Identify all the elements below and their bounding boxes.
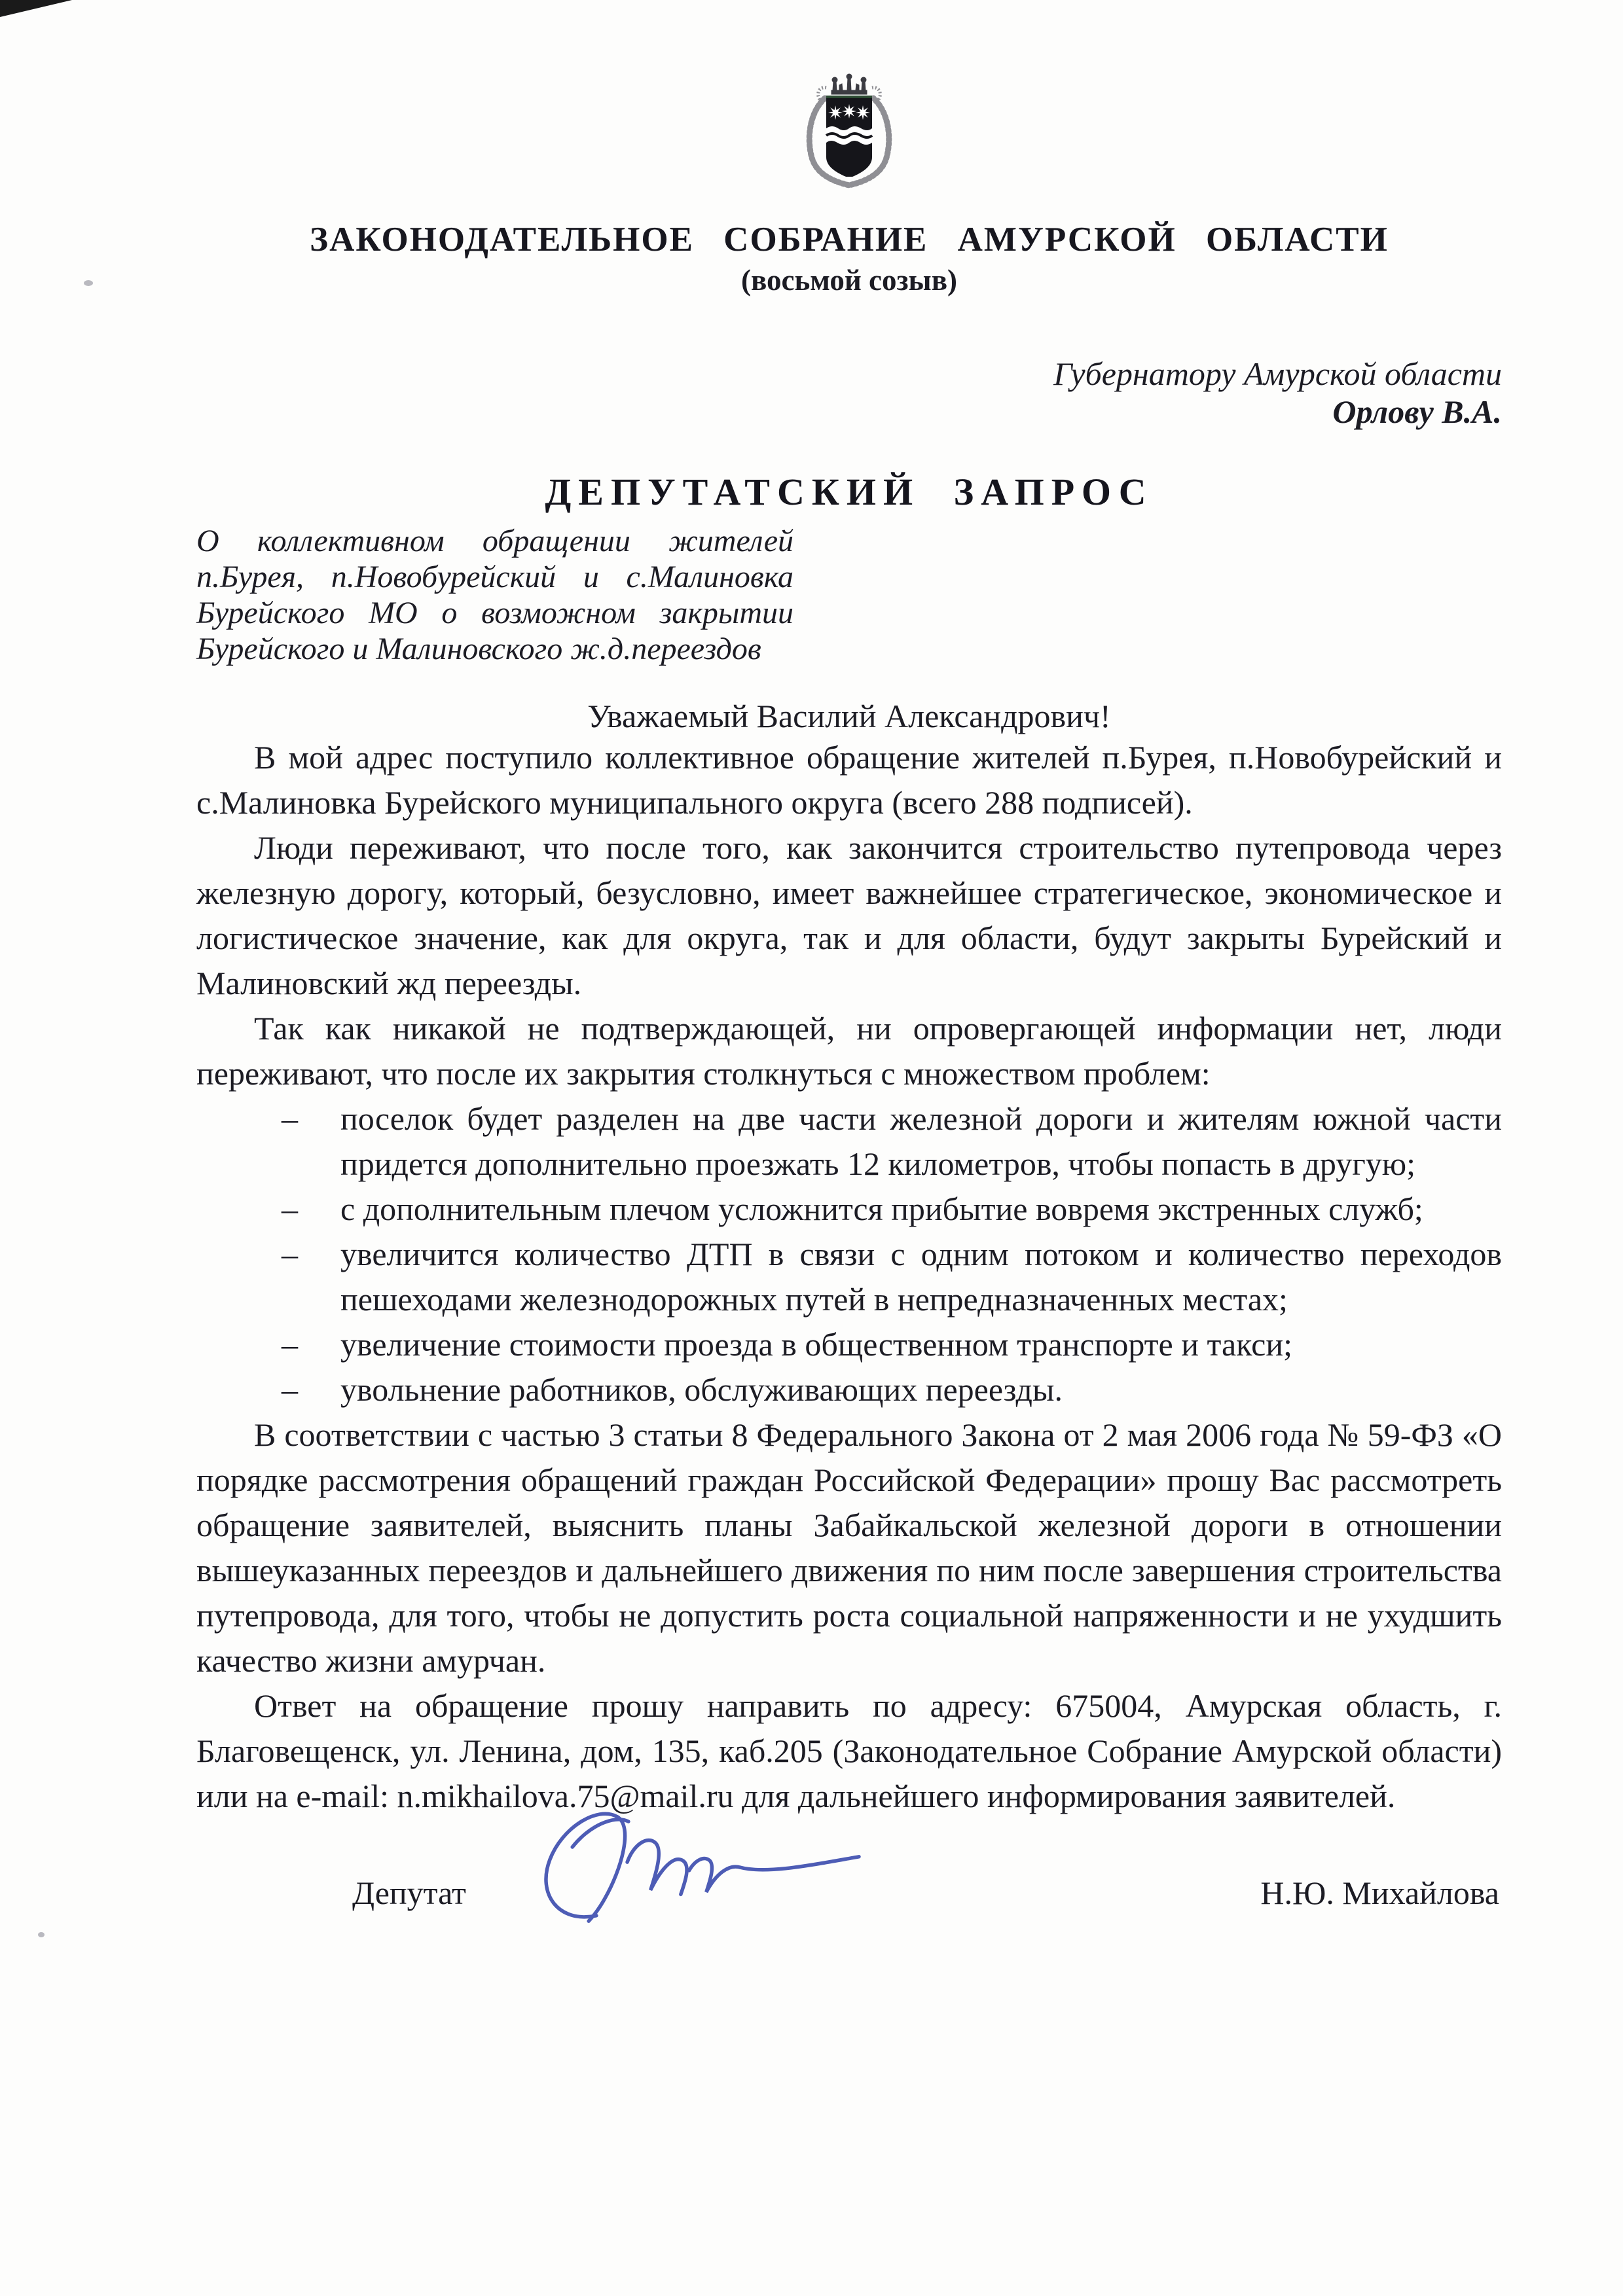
list-item: – увеличение стоимости проезда в обществ… <box>196 1322 1502 1367</box>
scan-speck <box>84 280 93 286</box>
body-paragraph: Люди переживают, что после того, как зак… <box>196 825 1502 1006</box>
scan-edge-artifact <box>0 0 72 17</box>
addressee-name: Орлову В.А. <box>196 393 1502 431</box>
signer-position: Депутат <box>352 1874 466 1912</box>
body-paragraph: В соответствии с частью 3 статьи 8 Федер… <box>196 1412 1502 1683</box>
letterhead: ЗАКОНОДАТЕЛЬНОЕ СОБРАНИЕ АМУРСКОЙ ОБЛАСТ… <box>196 73 1502 297</box>
addressee-block: Губернатору Амурской области Орлову В.А. <box>196 355 1502 431</box>
salutation: Уважаемый Василий Александрович! <box>196 697 1502 735</box>
amur-oblast-coat-of-arms-icon <box>800 73 898 194</box>
list-item: – увеличится количество ДТП в связи с од… <box>196 1232 1502 1322</box>
document-subject: О коллективном обращении жителей п.Бурея… <box>196 523 793 667</box>
list-item-text: увольнение работников, обслуживающих пер… <box>340 1371 1063 1408</box>
list-item: – увольнение работников, обслуживающих п… <box>196 1367 1502 1412</box>
scanned-letter-page: ЗАКОНОДАТЕЛЬНОЕ СОБРАНИЕ АМУРСКОЙ ОБЛАСТ… <box>0 0 1623 2296</box>
dash-marker: – <box>282 1096 298 1141</box>
dash-marker: – <box>282 1232 298 1277</box>
signature-block: Депутат Н.Ю. Михайлова <box>196 1836 1502 1916</box>
letter-content: ЗАКОНОДАТЕЛЬНОЕ СОБРАНИЕ АМУРСКОЙ ОБЛАСТ… <box>196 0 1502 1916</box>
document-title: ДЕПУТАТСКИЙ ЗАПРОС <box>196 470 1502 514</box>
list-item-text: увеличится количество ДТП в связи с одни… <box>340 1236 1502 1318</box>
handwritten-signature <box>456 1791 879 1929</box>
list-item-text: увеличение стоимости проезда в обществен… <box>340 1326 1292 1363</box>
list-item: – поселок будет разделен на две части же… <box>196 1096 1502 1187</box>
signer-name: Н.Ю. Михайлова <box>1260 1874 1499 1912</box>
dash-marker: – <box>282 1367 298 1412</box>
addressee-title: Губернатору Амурской области <box>196 355 1502 393</box>
problems-list: – поселок будет разделен на две части же… <box>196 1096 1502 1412</box>
list-item-text: поселок будет разделен на две части желе… <box>340 1100 1502 1182</box>
convocation: (восьмой созыв) <box>196 263 1502 297</box>
body-paragraph: В мой адрес поступило коллективное обращ… <box>196 735 1502 825</box>
org-name: ЗАКОНОДАТЕЛЬНОЕ СОБРАНИЕ АМУРСКОЙ ОБЛАСТ… <box>196 220 1502 259</box>
list-item-text: с дополнительным плечом усложнится прибы… <box>340 1191 1423 1227</box>
dash-marker: – <box>282 1187 298 1232</box>
list-item: – с дополнительным плечом усложнится при… <box>196 1187 1502 1232</box>
body-paragraph: Так как никакой не подтверждающей, ни оп… <box>196 1006 1502 1096</box>
dash-marker: – <box>282 1322 298 1367</box>
scan-speck <box>38 1932 45 1937</box>
